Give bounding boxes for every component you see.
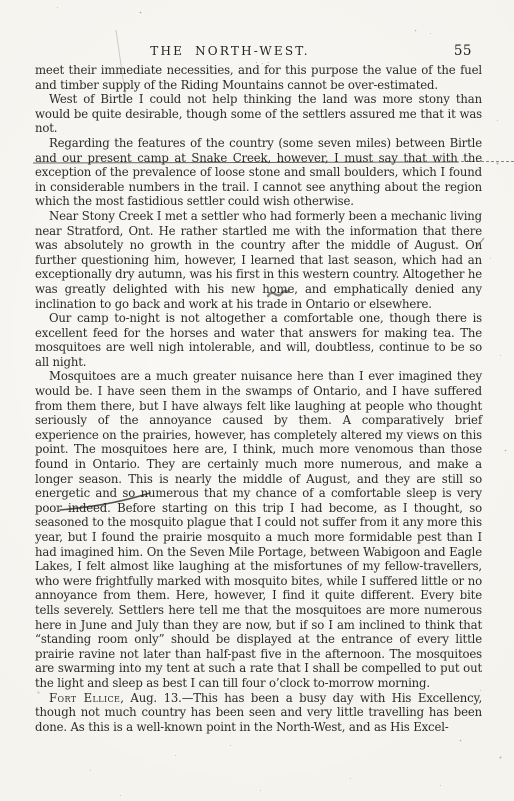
paragraph-text: meet their immediate necessities, and fo… [35, 63, 482, 92]
paragraph-text: Our camp to-night is not altogether a co… [35, 311, 482, 369]
paragraph: Fort Ellice, Aug. 13.—This has been a bu… [35, 691, 482, 735]
paragraph: Regarding the features of the country (s… [35, 136, 482, 209]
paragraph-smallcaps-lead: Fort Ellice [49, 691, 120, 705]
page-number: 55 [454, 43, 472, 59]
paragraph: meet their immediate necessities, and fo… [35, 63, 482, 92]
paragraph-text: Mosquitoes are a much greater nuisance h… [35, 369, 482, 689]
pencil-strikethrough-tail-artifact [461, 161, 514, 162]
paragraph: Our camp to-night is not altogether a co… [35, 311, 482, 369]
paragraph: Mosquitoes are a much greater nuisance h… [35, 369, 482, 690]
page-body: meet their immediate necessities, and fo… [35, 63, 482, 734]
paragraph: Near Stony Creek I met a settler who had… [35, 209, 482, 311]
scanned-book-page: THE NORTH-WEST. 55 meet their immediate … [0, 0, 514, 801]
paragraph-text: West of Birtle I could not help thinking… [35, 92, 482, 135]
scan-specks [0, 0, 1, 1]
paragraph-text: Near Stony Creek I met a settler who had… [35, 209, 482, 311]
paragraph: West of Birtle I could not help thinking… [35, 92, 482, 136]
running-title: THE NORTH-WEST. [35, 44, 425, 58]
paragraph-text: Regarding the features of the country (s… [35, 136, 482, 208]
page-header: THE NORTH-WEST. 55 [35, 44, 482, 60]
